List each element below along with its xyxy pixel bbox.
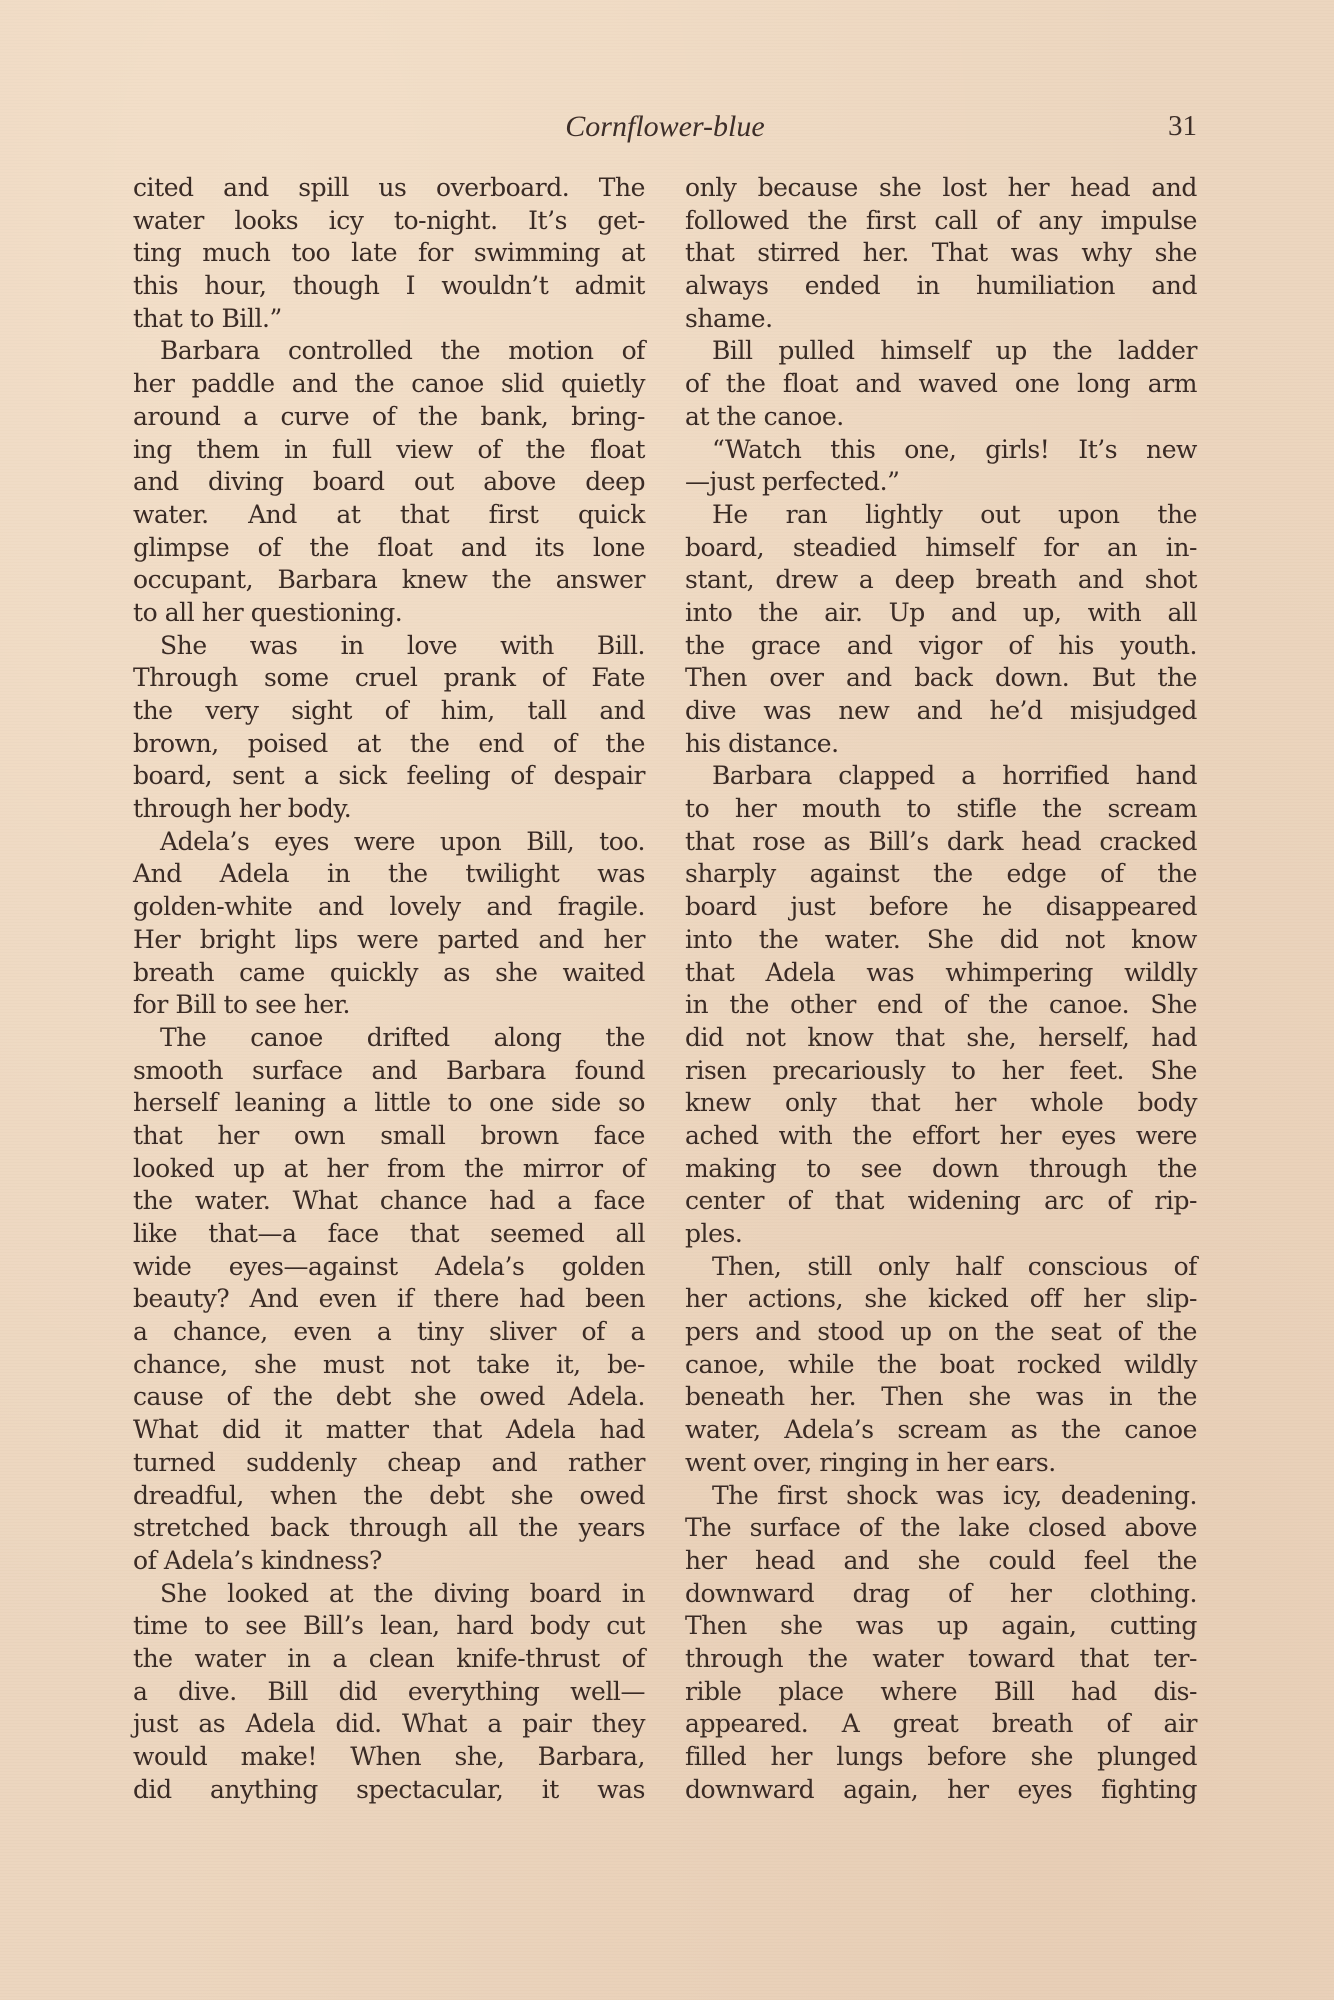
text-line: He ran lightly out upon the <box>685 499 1197 532</box>
text-line: and diving board out above deep <box>133 466 645 499</box>
text-line: filled her lungs before she plunged <box>685 1741 1197 1774</box>
text-line: shame. <box>685 303 1197 336</box>
text-line: “Watch this one, girls! It’s new <box>685 434 1197 467</box>
text-line: that rose as Bill’s dark head cracked <box>685 826 1197 859</box>
text-line: smooth surface and Barbara found <box>133 1055 645 1088</box>
text-line: knew only that her whole body <box>685 1087 1197 1120</box>
text-line: of Adela’s kindness? <box>133 1545 645 1578</box>
text-line: just as Adela did. What a pair they <box>133 1708 645 1741</box>
text-column-right: only because she lost her head andfollow… <box>685 172 1197 1806</box>
text-line: that Adela was whimpering wildly <box>685 957 1197 990</box>
text-line: through the water toward that ter- <box>685 1643 1197 1676</box>
running-head: Cornflower-blue 31 <box>133 108 1197 148</box>
text-line: board just before he disappeared <box>685 891 1197 924</box>
text-line: through her body. <box>133 793 645 826</box>
text-line: his distance. <box>685 728 1197 761</box>
text-line: the water in a clean knife-thrust of <box>133 1643 645 1676</box>
text-line: in the other end of the canoe. She <box>685 989 1197 1022</box>
text-line: water. And at that first quick <box>133 499 645 532</box>
text-line: water looks icy to-night. It’s get- <box>133 205 645 238</box>
book-page: Cornflower-blue 31 cited and spill us ov… <box>0 0 1334 2000</box>
text-line: cause of the debt she owed Adela. <box>133 1381 645 1414</box>
text-line: —just perfected.” <box>685 466 1197 499</box>
text-line: pers and stood up on the seat of the <box>685 1316 1197 1349</box>
text-line: appeared. A great breath of air <box>685 1708 1197 1741</box>
text-line: sharply against the edge of the <box>685 858 1197 891</box>
text-line: Then, still only half conscious of <box>685 1251 1197 1284</box>
text-line: of the float and waved one long arm <box>685 368 1197 401</box>
text-line: occupant, Barbara knew the answer <box>133 564 645 597</box>
text-line: her head and she could feel the <box>685 1545 1197 1578</box>
text-line: that her own small brown face <box>133 1120 645 1153</box>
text-line: Through some cruel prank of Fate <box>133 662 645 695</box>
text-line: beneath her. Then she was in the <box>685 1381 1197 1414</box>
text-line: the water. What chance had a face <box>133 1185 645 1218</box>
text-line: wide eyes—against Adela’s golden <box>133 1251 645 1284</box>
page-number: 31 <box>1168 110 1197 143</box>
text-line: time to see Bill’s lean, hard body cut <box>133 1610 645 1643</box>
text-line: Then she was up again, cutting <box>685 1610 1197 1643</box>
text-line: She looked at the diving board in <box>133 1578 645 1611</box>
text-line: The first shock was icy, deadening. <box>685 1480 1197 1513</box>
running-title: Cornflower-blue <box>133 110 1197 144</box>
text-line: at the canoe. <box>685 401 1197 434</box>
text-line: risen precariously to her feet. She <box>685 1055 1197 1088</box>
text-line: followed the first call of any impulse <box>685 205 1197 238</box>
text-line: a chance, even a tiny sliver of a <box>133 1316 645 1349</box>
text-line: She was in love with Bill. <box>133 630 645 663</box>
text-line: The canoe drifted along the <box>133 1022 645 1055</box>
text-line: herself leaning a little to one side so <box>133 1087 645 1120</box>
text-line: always ended in humiliation and <box>685 270 1197 303</box>
text-line: like that—a face that seemed all <box>133 1218 645 1251</box>
text-line: into the air. Up and up, with all <box>685 597 1197 630</box>
text-line: Adela’s eyes were upon Bill, too. <box>133 826 645 859</box>
text-line: only because she lost her head and <box>685 172 1197 205</box>
text-line: for Bill to see her. <box>133 989 645 1022</box>
text-line: ached with the effort her eyes were <box>685 1120 1197 1153</box>
text-line: golden-white and lovely and fragile. <box>133 891 645 924</box>
text-line: Barbara clapped a horrified hand <box>685 760 1197 793</box>
text-line: did not know that she, herself, had <box>685 1022 1197 1055</box>
text-line: a dive. Bill did everything well— <box>133 1676 645 1709</box>
text-line: making to see down through the <box>685 1153 1197 1186</box>
text-line: Then over and back down. But the <box>685 662 1197 695</box>
text-line: rible place where Bill had dis- <box>685 1676 1197 1709</box>
text-line: Her bright lips were parted and her <box>133 924 645 957</box>
text-line: into the water. She did not know <box>685 924 1197 957</box>
text-line: the very sight of him, tall and <box>133 695 645 728</box>
text-line: did anything spectacular, it was <box>133 1774 645 1807</box>
text-line: Barbara controlled the motion of <box>133 335 645 368</box>
text-line: would make! When she, Barbara, <box>133 1741 645 1774</box>
text-line: that to Bill.” <box>133 303 645 336</box>
text-line: this hour, though I wouldn’t admit <box>133 270 645 303</box>
text-line: dive was new and he’d misjudged <box>685 695 1197 728</box>
text-line: the grace and vigor of his youth. <box>685 630 1197 663</box>
text-line: to her mouth to stifle the scream <box>685 793 1197 826</box>
text-line: downward drag of her clothing. <box>685 1578 1197 1611</box>
text-line: ing them in full view of the float <box>133 434 645 467</box>
text-line: turned suddenly cheap and rather <box>133 1447 645 1480</box>
text-line: her actions, she kicked off her slip- <box>685 1283 1197 1316</box>
text-line: dreadful, when the debt she owed <box>133 1480 645 1513</box>
text-line: canoe, while the boat rocked wildly <box>685 1349 1197 1382</box>
text-line: ples. <box>685 1218 1197 1251</box>
text-line: beauty? And even if there had been <box>133 1283 645 1316</box>
text-line: to all her questioning. <box>133 597 645 630</box>
text-line: her paddle and the canoe slid quietly <box>133 368 645 401</box>
text-line: board, steadied himself for an in- <box>685 532 1197 565</box>
text-line: center of that widening arc of rip- <box>685 1185 1197 1218</box>
text-line: that stirred her. That was why she <box>685 237 1197 270</box>
text-line: went over, ringing in her ears. <box>685 1447 1197 1480</box>
text-column-left: cited and spill us overboard. Thewater l… <box>133 172 645 1806</box>
text-line: ting much too late for swimming at <box>133 237 645 270</box>
text-line: around a curve of the bank, bring- <box>133 401 645 434</box>
text-line: water, Adela’s scream as the canoe <box>685 1414 1197 1447</box>
text-line: stant, drew a deep breath and shot <box>685 564 1197 597</box>
text-line: board, sent a sick feeling of despair <box>133 760 645 793</box>
text-line: cited and spill us overboard. The <box>133 172 645 205</box>
text-line: breath came quickly as she waited <box>133 957 645 990</box>
text-line: chance, she must not take it, be- <box>133 1349 645 1382</box>
text-line: stretched back through all the years <box>133 1512 645 1545</box>
text-line: What did it matter that Adela had <box>133 1414 645 1447</box>
text-line: And Adela in the twilight was <box>133 858 645 891</box>
text-line: glimpse of the float and its lone <box>133 532 645 565</box>
text-line: looked up at her from the mirror of <box>133 1153 645 1186</box>
text-line: downward again, her eyes fighting <box>685 1774 1197 1807</box>
text-line: The surface of the lake closed above <box>685 1512 1197 1545</box>
text-line: brown, poised at the end of the <box>133 728 645 761</box>
text-line: Bill pulled himself up the ladder <box>685 335 1197 368</box>
